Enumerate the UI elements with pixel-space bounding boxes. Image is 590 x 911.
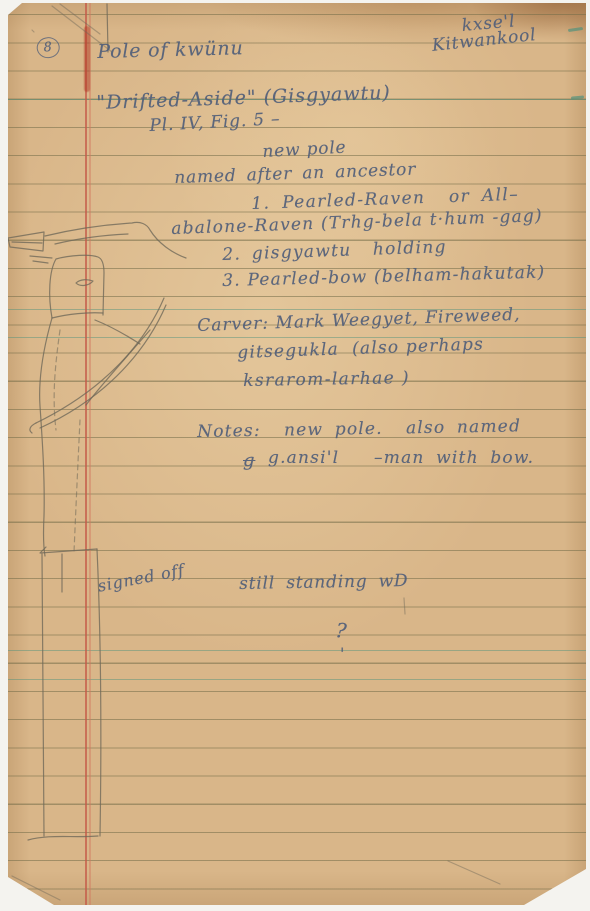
- sketch-pole-left: [42, 554, 44, 836]
- sketch-arm-to-bow: [95, 320, 140, 344]
- sketch-torso-left: [40, 318, 52, 556]
- question-mark: ?: [334, 618, 348, 643]
- sketch-dart-hand: [8, 232, 44, 251]
- notes-line-2: g.ansi'l –man with bow.: [268, 448, 534, 468]
- sketch-inner-leg: [74, 420, 80, 552]
- sketch-mouth: [76, 280, 93, 286]
- sketch-arm-lower: [55, 234, 128, 244]
- sketch-head: [50, 255, 104, 318]
- paper-sheet: 8 Pole of kwünu kxse'l Kitwankool "Drift…: [0, 0, 590, 911]
- pencil-dot: [32, 30, 34, 32]
- still-standing-note: still standing wD: [239, 571, 409, 594]
- sketch-inner-contour: [54, 330, 60, 430]
- sketch-bow-tip: [30, 423, 36, 433]
- notes-struck-word: g: [243, 450, 255, 471]
- sketch-shoulder-line: [52, 313, 103, 318]
- sketch-bowstring: [86, 330, 150, 405]
- tick-mark: ': [340, 644, 345, 663]
- stray-pencil-tick: [404, 598, 405, 614]
- sketch-hand-strokes: [30, 256, 52, 263]
- sketch-pole-top: [40, 547, 97, 553]
- bottom-left-crease: [12, 876, 60, 900]
- sketch-pole-bottom: [28, 836, 98, 840]
- sketch-arm-top: [45, 222, 186, 258]
- bottom-right-crease: [448, 861, 500, 884]
- pole-title: Pole of kwünu: [97, 37, 244, 63]
- carver-line-3: ksrarom-larhae ): [243, 368, 410, 391]
